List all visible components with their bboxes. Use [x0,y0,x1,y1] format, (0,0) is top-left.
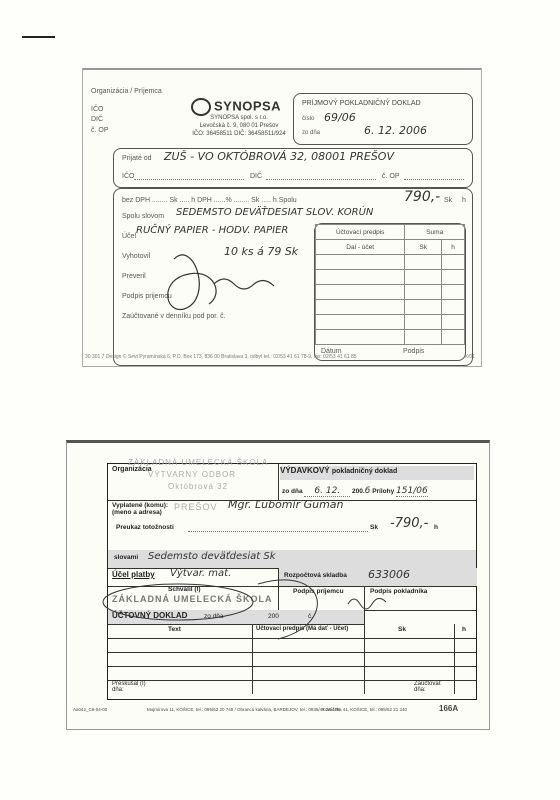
checked-label: Preveril [122,273,146,280]
purpose-value: RUČNÝ PAPIER - HODV. PAPIER [136,225,288,236]
ico-label: IČO [91,106,103,113]
year-value: 6 [365,486,371,496]
attachments-value: 151/06 [396,486,428,497]
words-label: slovami [114,554,138,561]
sk-header: Sk [405,240,442,255]
signature-loops [98,564,398,644]
checked-label: Preskúšal (I) dňa: [112,681,146,693]
dic-label: DIČ [91,116,103,123]
company-info: SYNOPSA spol. s r.o. Levočská č. 9, 080 … [179,114,299,138]
words-value: SEDEMSTO DEVÄŤDESIAT SLOV. KORÚN [176,207,373,218]
attachments-label: Prílohy [372,488,394,495]
total-unit: Sk [444,197,452,204]
cop-label: č. OP [91,127,109,134]
debit-header: Dal - účet [316,240,405,255]
stamp-line-1: ZÁKLADNÁ UMELECKÁ ŠKOLA [128,458,268,467]
date-value: 6. 12. [304,486,350,497]
received-from-value: ZUŠ - VO OKTÓBROVÁ 32, 08001 PREŠOV [164,150,394,163]
expense-title: VÝDAVKOVÝ pokladničný doklad [280,466,474,480]
signature-scribble [154,239,304,319]
date-value: 6. 12. 2006 [364,124,427,137]
org-label: Organizácia / Príjemca [91,88,162,95]
paid-to-value: Mgr. Ľubomír Guman [228,498,344,511]
stamp-city: PREŠOV [174,502,218,512]
amount-value: -790,- [390,516,428,531]
paid-to-label: Vyplatené (komu): (meno a adresa) [112,502,168,516]
booked-label: Zaúčtoval: dňa: [414,681,442,693]
purpose-label: Účel [122,233,136,240]
id-label: Preukaz totožnosti [116,524,174,531]
received-from-label: Prijaté od [122,155,152,162]
stamp-line-2: VÝTVARNÝ ODBOR [148,470,236,479]
sk-label: Sk [370,524,378,531]
amount-box: bez DPH ........ Sk ..... h DPH ......% … [113,188,473,366]
doc-header-box: PRÍJMOVÝ POKLADNIČNÝ DOKLAD číslo 69/06 … [293,93,473,145]
date-label: zo dňa [282,488,303,495]
expense-receipt: Organizácia ZÁKLADNÁ UMELECKÁ ŠKOLA VÝTV… [66,440,490,730]
total-h: h [462,197,466,204]
total-value: 790,- [404,189,440,205]
h-header: h [462,626,466,633]
payer-box: Prijaté od ZUŠ - VO OKTÓBROVÁ 32, 08001 … [113,148,473,188]
number-label: číslo [302,116,314,122]
income-receipt: Organizácia / Príjemca IČO DIČ č. OP SYN… [82,68,482,367]
print-footer: 30 301 7 Design © Sevt Pyramínská 6, P.O… [85,354,479,360]
amounts-line: bez DPH ........ Sk ..... h DPH ......% … [122,197,297,204]
payer-dic-label: DIČ [250,173,262,180]
payer-cop-label: č. OP [382,173,400,180]
sum-header: Suma [405,225,465,240]
words-value: Sedemsto deväťdesiat Sk [148,551,276,562]
issued-label: Vyhotovil [122,253,150,260]
form-code: 166A [439,704,458,713]
doc-title: PRÍJMOVÝ POKLADNIČNÝ DOKLAD [302,100,421,107]
org-label: Organizácia [112,466,152,473]
words-label: Spolu slovom [122,213,164,220]
footer-print-2: Kováčska 41, KOŠICE, tel.: 095/62 21 240 [322,707,407,712]
scan-mark [22,36,55,38]
expense-form-frame: Organizácia ZÁKLADNÁ UMELECKÁ ŠKOLA VÝTV… [107,463,477,700]
payer-ico-label: IČO [122,173,134,180]
form-code: X/01 [465,354,475,360]
accounting-header: Účtovací predpis [316,225,405,240]
h-label: h [434,524,438,531]
stamp-line-3: Októbrová 32 [168,482,228,491]
accounting-table: Účtovací predpisSuma Dal - účetSkh Dátum… [314,223,466,361]
footer-print-1: Mojmírova 11, KOŠICE, tel.: 095/62 20 74… [147,707,340,712]
number-value: 69/06 [324,111,356,124]
date-label: zo dňa [302,130,320,136]
sk-header: Sk [398,626,406,633]
h-header: h [442,240,465,255]
footer-code: Aa042_C6-04-00 [73,707,107,712]
year-label: 200. [352,488,365,495]
